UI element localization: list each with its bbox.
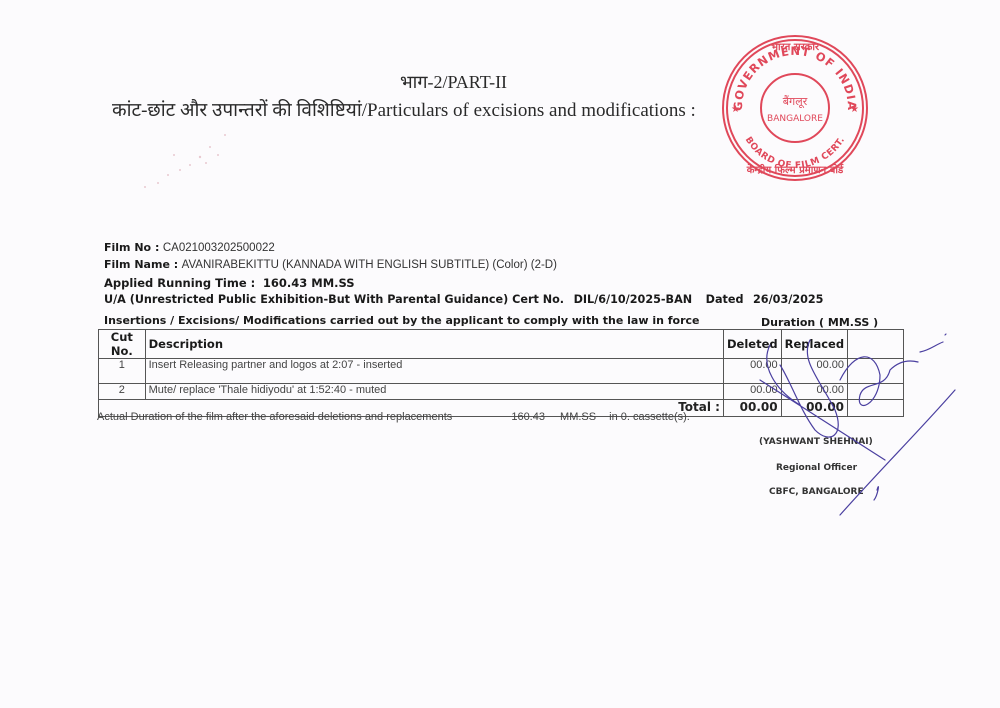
actual-duration-label: Actual Duration of the film after the af…: [97, 411, 452, 423]
signature-icon: [740, 320, 980, 520]
table-caption: Insertions / Excisions/ Modifications ca…: [104, 314, 700, 327]
dated-label: Dated: [706, 293, 744, 306]
actual-duration-line: Actual Duration of the film after the af…: [97, 411, 690, 423]
scan-noise: [130, 125, 250, 195]
svg-text:★: ★: [850, 104, 859, 115]
cassette-count: in 0. cassette(s).: [609, 411, 690, 423]
film-name: AVANIRABEKITTU (KANNADA WITH ENGLISH SUB…: [182, 259, 557, 271]
cut-description: Mute/ replace 'Thale hidiyodu' at 1:52:4…: [145, 384, 723, 400]
svg-text:BANGALORE: BANGALORE: [767, 114, 823, 124]
svg-text:केन्द्रीय फिल्म प्रमाणन बोर्ड: केन्द्रीय फिल्म प्रमाणन बोर्ड: [746, 163, 845, 176]
film-name-line: Film Name : AVANIRABEKITTU (KANNADA WITH…: [104, 258, 557, 271]
running-time: 160.43 MM.SS: [263, 276, 355, 290]
dated: 26/03/2025: [753, 293, 823, 306]
film-no-line: Film No : CA021003202500022: [104, 241, 275, 254]
running-time-line: Applied Running Time : 160.43 MM.SS: [104, 276, 355, 290]
header-description: Description: [145, 330, 723, 359]
svg-text:★: ★: [731, 104, 740, 115]
svg-text:बैंगलूर: बैंगलूर: [783, 95, 808, 109]
film-no-label: Film No :: [104, 241, 159, 254]
running-time-label: Applied Running Time :: [104, 276, 255, 290]
actual-duration-value: 160.43: [511, 411, 545, 423]
actual-duration-unit: MM.SS: [560, 411, 596, 423]
cut-description: Insert Releasing partner and logos at 2:…: [145, 359, 723, 384]
page-title: कांट-छांट और उपान्तरों की विशिष्टियां/Pa…: [112, 96, 696, 122]
header-cut-no: Cut No.: [99, 330, 146, 359]
cut-no: 1: [99, 359, 146, 384]
cut-no: 2: [99, 384, 146, 400]
cbfc-stamp-icon: GOVERNMENT OF INDIA BOARD OF FILM CERT. …: [720, 33, 870, 183]
certificate-line: U/A (Unrestricted Public Exhibition-But …: [104, 293, 823, 306]
cert-no: DIL/6/10/2025-BAN: [574, 293, 693, 306]
part-heading: भाग-2/PART-II: [400, 70, 507, 94]
svg-text:भारत सरकार: भारत सरकार: [771, 42, 820, 53]
film-no: CA021003202500022: [163, 242, 275, 254]
film-name-label: Film Name :: [104, 258, 178, 271]
certificate-text: U/A (Unrestricted Public Exhibition-But …: [104, 293, 564, 306]
